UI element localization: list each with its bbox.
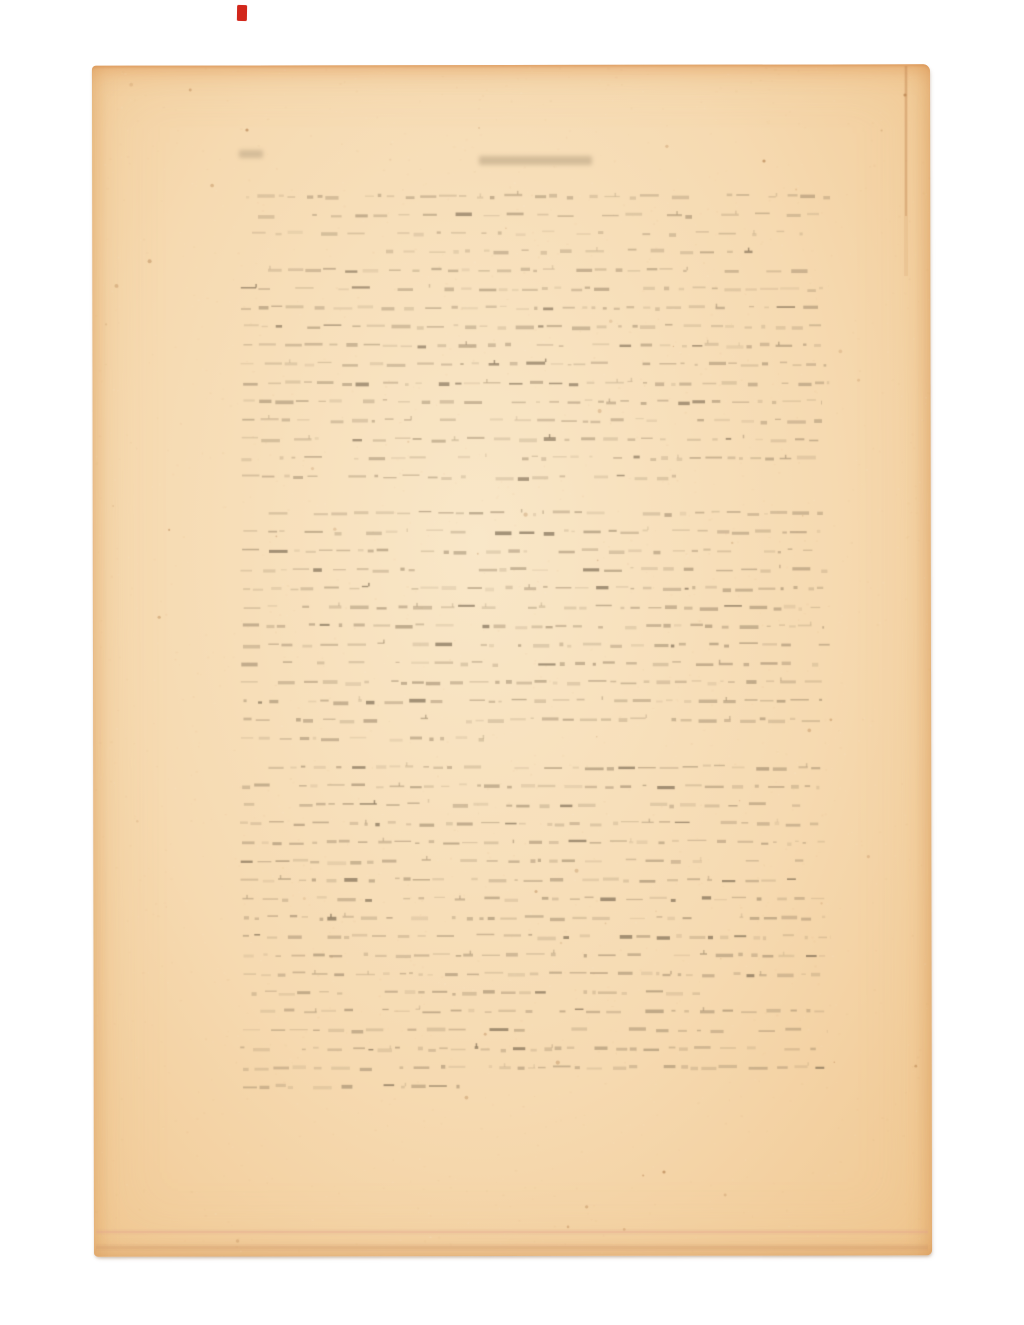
page-number-smudge	[239, 150, 263, 158]
scan-background	[0, 0, 1024, 1325]
header-rule-smudge	[479, 156, 592, 165]
red-registration-mark	[237, 5, 247, 21]
ghost-text-canvas	[0, 0, 1024, 1325]
